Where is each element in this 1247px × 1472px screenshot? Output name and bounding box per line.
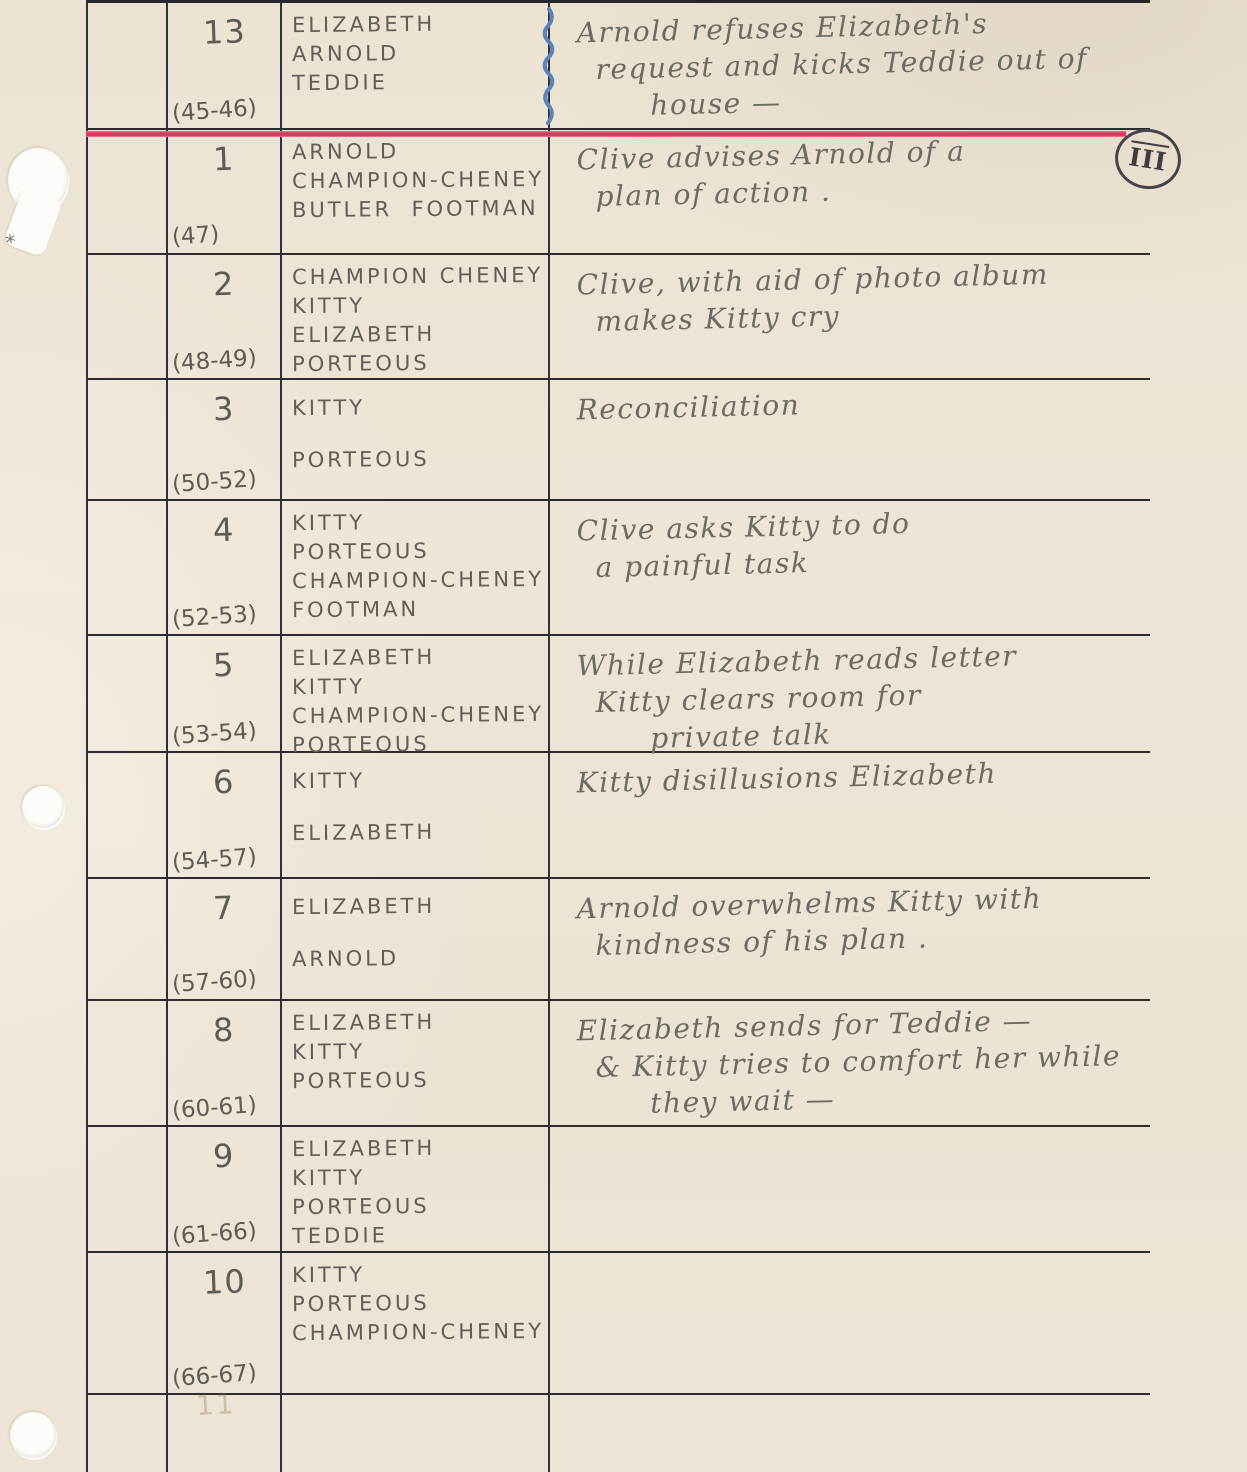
character-name: ARNOLD bbox=[292, 41, 548, 65]
character-name: TEDDIE bbox=[292, 70, 548, 94]
character-name: ELIZABETH bbox=[292, 820, 548, 844]
table-row: 7 (57-60) ELIZABETHARNOLD Arnold overwhe… bbox=[88, 879, 1150, 1001]
margin-cell bbox=[88, 1395, 168, 1472]
page-range: (45-46) bbox=[171, 95, 257, 127]
margin-cell bbox=[88, 501, 168, 634]
punch-hole-middle bbox=[22, 786, 64, 828]
description-line: Reconciliation bbox=[576, 378, 1151, 428]
faint-bleedthrough-note: 11 bbox=[195, 1387, 236, 1422]
scene-number: 1 bbox=[213, 140, 236, 179]
character-name: TEDDIE bbox=[292, 1223, 548, 1247]
margin-cell bbox=[88, 380, 168, 499]
character-name: PORTEOUS bbox=[292, 539, 548, 563]
characters-cell: KITTYPORTEOUSCHAMPION-CHENEYFOOTMAN bbox=[282, 501, 550, 634]
character-name: CHAMPION-CHENEY bbox=[292, 168, 548, 192]
margin-cell bbox=[88, 879, 168, 999]
characters-cell: ELIZABETHARNOLD bbox=[282, 879, 550, 999]
characters-cell: KITTYPORTEOUS bbox=[282, 380, 550, 499]
character-name: KITTY bbox=[292, 1039, 548, 1063]
scene-number: 2 bbox=[213, 265, 236, 304]
description-cell: Kitty disillusions Elizabeth bbox=[550, 739, 1153, 877]
characters-cell: KITTYELIZABETH bbox=[282, 753, 550, 877]
character-name: KITTY bbox=[292, 293, 548, 317]
scene-cell: 5 (53-54) bbox=[168, 636, 282, 751]
character-name: PORTEOUS bbox=[292, 1194, 548, 1218]
character-name: ELIZABETH bbox=[292, 322, 548, 346]
characters-cell: ARNOLDCHAMPION-CHENEYBUTLER FOOTMAN bbox=[282, 130, 550, 253]
character-name: CHAMPION-CHENEY bbox=[292, 703, 548, 727]
character-name: ARNOLD bbox=[292, 139, 548, 163]
table-row: 3 (50-52) KITTYPORTEOUS Reconciliation bbox=[88, 380, 1150, 501]
character-name: KITTY bbox=[292, 1262, 548, 1286]
blue-squiggle-mark bbox=[538, 7, 558, 125]
characters-cell: ELIZABETHKITTYPORTEOUS bbox=[282, 1001, 550, 1125]
character-name: CHAMPION-CHENEY bbox=[292, 1320, 548, 1344]
scene-cell: 2 (48-49) bbox=[168, 255, 282, 378]
character-name: ELIZABETH bbox=[292, 894, 548, 918]
characters-cell: CHAMPION CHENEYKITTYELIZABETHPORTEOUS bbox=[282, 255, 550, 378]
characters-cell: ELIZABETHARNOLDTEDDIE bbox=[282, 3, 550, 128]
table-row: 8 (60-61) ELIZABETHKITTYPORTEOUS Elizabe… bbox=[88, 1001, 1150, 1127]
scene-cell: 6 (54-57) bbox=[168, 753, 282, 877]
description-cell: Elizabeth sends for Teddie —& Kitty trie… bbox=[550, 987, 1153, 1125]
character-name: PORTEOUS bbox=[292, 447, 548, 471]
page-range: (53-54) bbox=[171, 718, 257, 750]
character-name: PORTEOUS bbox=[292, 351, 548, 375]
description-cell: Clive asks Kitty to doa painful task bbox=[550, 487, 1153, 634]
description-cell: Reconciliation bbox=[550, 366, 1153, 499]
character-name: KITTY bbox=[292, 674, 548, 698]
table-row: 4 (52-53) KITTYPORTEOUSCHAMPION-CHENEYFO… bbox=[88, 501, 1150, 636]
margin-cell bbox=[88, 130, 168, 253]
character-name: KITTY bbox=[292, 1165, 548, 1189]
red-margin-rule bbox=[86, 131, 1126, 137]
table-row: 5 (53-54) ELIZABETHKITTYCHAMPION-CHENEYP… bbox=[88, 636, 1150, 753]
scene-number: 10 bbox=[202, 1262, 246, 1301]
table-row: 10 (66-67) KITTYPORTEOUSCHAMPION-CHENEY bbox=[88, 1253, 1150, 1395]
scene-number: 5 bbox=[213, 646, 236, 685]
margin-cell bbox=[88, 1001, 168, 1125]
page-range: (61-66) bbox=[171, 1218, 257, 1250]
table-row: 2 (48-49) CHAMPION CHENEYKITTYELIZABETHP… bbox=[88, 255, 1150, 380]
scene-number: 13 bbox=[202, 12, 246, 51]
margin-cell bbox=[88, 636, 168, 751]
description-cell: Arnold refuses Elizabeth'srequest and ki… bbox=[550, 0, 1153, 128]
page-range: (48-49) bbox=[171, 345, 257, 377]
page-range: (52-53) bbox=[171, 601, 257, 633]
character-name: KITTY bbox=[292, 768, 548, 792]
character-name: ELIZABETH bbox=[292, 645, 548, 669]
scene-cell: 7 (57-60) bbox=[168, 879, 282, 999]
scene-table: 13 (45-46) ELIZABETHARNOLDTEDDIE Arnold … bbox=[86, 0, 1150, 1472]
scene-cell: 9 (61-66) bbox=[168, 1127, 282, 1251]
characters-cell: KITTYPORTEOUSCHAMPION-CHENEY bbox=[282, 1253, 550, 1393]
scene-number: 6 bbox=[213, 763, 236, 802]
page-range: (47) bbox=[171, 221, 220, 250]
page-range: (54-57) bbox=[171, 844, 257, 876]
scene-cell: 1 (47) bbox=[168, 130, 282, 253]
characters-cell: ELIZABETHKITTYCHAMPION-CHENEYPORTEOUS bbox=[282, 636, 550, 751]
scene-number: 3 bbox=[213, 390, 236, 429]
margin-cell bbox=[88, 255, 168, 378]
characters-cell bbox=[282, 1395, 550, 1472]
scene-cell: 8 (60-61) bbox=[168, 1001, 282, 1125]
margin-cell bbox=[88, 1253, 168, 1393]
page-range: (60-61) bbox=[171, 1092, 257, 1124]
character-name: PORTEOUS bbox=[292, 1291, 548, 1315]
margin-cell bbox=[88, 753, 168, 877]
table-row: 13 (45-46) ELIZABETHARNOLDTEDDIE Arnold … bbox=[88, 3, 1150, 130]
scene-number: 8 bbox=[213, 1011, 236, 1050]
scene-number: 7 bbox=[213, 889, 236, 928]
scene-number: 4 bbox=[213, 511, 236, 550]
characters-cell: ELIZABETHKITTYPORTEOUSTEDDIE bbox=[282, 1127, 550, 1251]
scene-number: 9 bbox=[213, 1137, 236, 1176]
description-cell: Arnold overwhelms Kitty withkindness of … bbox=[550, 865, 1153, 999]
character-name: CHAMPION-CHENEY bbox=[292, 568, 548, 592]
description-line: Kitty disillusions Elizabeth bbox=[576, 751, 1151, 801]
scene-cell: 13 (45-46) bbox=[168, 3, 282, 128]
character-name: FOOTMAN bbox=[292, 597, 548, 621]
character-name: ELIZABETH bbox=[292, 1010, 548, 1034]
scanned-notebook-page: 13 (45-46) ELIZABETHARNOLDTEDDIE Arnold … bbox=[0, 0, 1247, 1472]
description-cell bbox=[550, 1381, 1152, 1472]
character-name: ELIZABETH bbox=[292, 1136, 548, 1160]
table-row: 6 (54-57) KITTYELIZABETH Kitty disillusi… bbox=[88, 753, 1150, 879]
character-name: ELIZABETH bbox=[292, 12, 548, 36]
character-name: CHAMPION CHENEY bbox=[292, 264, 548, 288]
description-cell bbox=[550, 1239, 1153, 1393]
table-row: 1 (47) ARNOLDCHAMPION-CHENEYBUTLER FOOTM… bbox=[88, 130, 1150, 255]
description-cell bbox=[550, 1113, 1153, 1251]
page-range: (57-60) bbox=[171, 966, 257, 998]
character-name: PORTEOUS bbox=[292, 1068, 548, 1092]
table-row bbox=[88, 1395, 1150, 1472]
margin-cell bbox=[88, 1127, 168, 1251]
character-name: ARNOLD bbox=[292, 946, 548, 970]
description-cell: While Elizabeth reads letterKitty clears… bbox=[550, 622, 1152, 751]
scene-cell: 3 (50-52) bbox=[168, 380, 282, 499]
description-cell: Clive, with aid of photo albummakes Kitt… bbox=[550, 241, 1153, 378]
character-name: KITTY bbox=[292, 510, 548, 534]
page-range: (50-52) bbox=[171, 466, 257, 498]
table-row: 9 (61-66) ELIZABETHKITTYPORTEOUSTEDDIE bbox=[88, 1127, 1150, 1253]
margin-cell bbox=[88, 3, 168, 128]
punch-hole-bottom bbox=[10, 1412, 56, 1458]
scene-cell: 10 (66-67) bbox=[168, 1253, 282, 1393]
scene-cell: 4 (52-53) bbox=[168, 501, 282, 634]
character-name: BUTLER FOOTMAN bbox=[292, 197, 548, 221]
act-number-label: III bbox=[1127, 142, 1169, 177]
character-name: KITTY bbox=[292, 395, 548, 419]
